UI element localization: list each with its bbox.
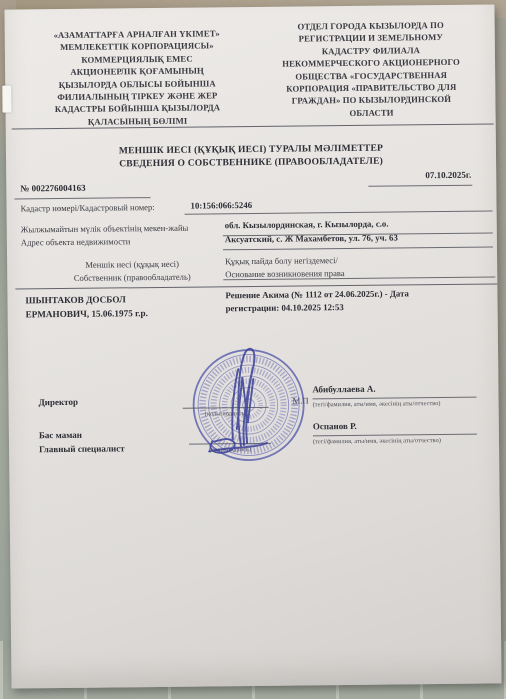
cadastral-number-value: 10:156:066:5246 <box>190 199 252 213</box>
issue-date: 07.10.2025г. <box>306 170 471 182</box>
specialist-label-kazakh: Бас маман <box>39 430 82 440</box>
address-underline-2 <box>223 246 493 250</box>
org-name-russian-line: НЕКОММЕРЧЕСКОГО АКЦИОНЕРНОГО <box>255 56 487 71</box>
org-name-kazakh-line: КАДАСТРЫ БОЙЫНША ҚЫЗЫЛОРДА <box>21 101 253 116</box>
org-name-kazakh: «АЗАМАТТАРҒА АРНАЛҒАН ҮКІМЕТ» МЕМЛЕКЕТТІ… <box>21 27 254 129</box>
official-stamp-graphic <box>178 342 323 468</box>
basis-value-line1: Решение Акима (№ 1112 от 24.06.2025г.) -… <box>225 287 409 302</box>
official-stamp <box>178 342 323 468</box>
org-name-russian-line: ОБЛАСТИ <box>256 105 488 120</box>
paper-document: «АЗАМАТТАРҒА АРНАЛҒАН ҮКІМЕТ» МЕМЛЕКЕТТІ… <box>4 4 501 688</box>
owner-label-russian: Собственник (правообладатель) <box>37 270 227 285</box>
org-name-russian: ОТДЕЛ ГОРОДА КЫЗЫЛОРДА ПО РЕГИСТРАЦИИ И … <box>255 19 488 121</box>
basis-value-line2: регистрации: 04.10.2025 12:53 <box>226 300 410 315</box>
owner-name-line1: ШЫНТАКОВ ДОСБОЛ <box>25 292 147 307</box>
owner-name-line2: ЕРМАНОВИЧ, 15.06.1975 г.р. <box>26 306 148 321</box>
document-title: МЕНШІК ИЕСІ (ҚҰҚЫҚ ИЕСІ) ТУРАЛЫ МӘЛІМЕТТ… <box>6 140 496 172</box>
address-value: обл. Кызылординская, г. Кызылорда, с.о. … <box>225 217 398 246</box>
director-name-line <box>313 397 477 400</box>
director-label: Директор <box>39 397 78 407</box>
address-label-russian: Адрес объекта недвижимости <box>21 235 189 250</box>
address-label-kazakh: Жылжымайтын мүлік объектінің мекен-жайы <box>21 222 189 237</box>
basis-label-kazakh: Құқық пайда болу негіздемесі/ <box>225 254 345 268</box>
owner-label: Меншік иесі (құқық иесі) Собственник (пр… <box>37 257 227 285</box>
document-number: № 002276004163 <box>20 183 85 194</box>
owner-name: ШЫНТАКОВ ДОСБОЛ ЕРМАНОВИЧ, 15.06.1975 г.… <box>25 292 148 321</box>
basis-value: Решение Акима (№ 1112 от 24.06.2025г.) -… <box>225 287 409 315</box>
cadastral-number-label: Кадастр нөмері/Кадастровый номер: <box>20 201 154 216</box>
document-number-underline <box>14 197 150 199</box>
specialist-name-hint: (тегі/фамилия, аты/имя, әкесінің аты/отч… <box>313 437 441 445</box>
address-value-line1: обл. Кызылординская, г. Кызылорда, с.о. <box>225 217 398 232</box>
director-name-hint: (тегі/фамилия, аты/имя, әкесінің аты/отч… <box>313 400 441 408</box>
issue-date-underline <box>368 185 472 187</box>
specialist-label-russian: Главный специалист <box>39 443 125 454</box>
specialist-name-line <box>313 434 477 437</box>
address-label: Жылжымайтын мүлік объектінің мекен-жайы … <box>21 222 189 250</box>
paper-edge-sticker <box>2 86 11 113</box>
